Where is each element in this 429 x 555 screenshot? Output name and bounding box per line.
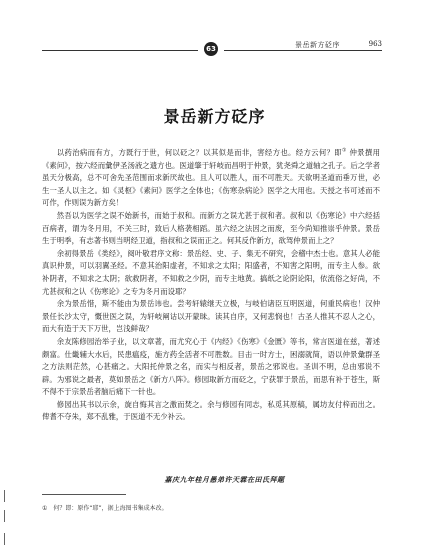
paragraph: 余初得景岳《类经》，阅叶敬君序文称：景岳经、史、子、集无不研究，会稽中杰士也。意…	[42, 248, 380, 298]
footnote-text: 何？即：原作“耶”，据上海图书集成本改。	[53, 505, 167, 512]
signature: 嘉庆九年桂月愚弟许天霖在田氏拜题	[0, 475, 429, 485]
running-title: 景岳新方砭序	[295, 40, 340, 50]
footnote-divider	[42, 494, 126, 495]
paragraph-text: 以药治病而有方，方既行于世，何以砭之？以其似是而非，害经方也。经方云何？即	[57, 148, 342, 157]
body-text: 以药治病而有方，方既行于世，何以砭之？以其似是而非，害经方也。经方云何？即① 仲…	[42, 147, 380, 424]
page-number: 963	[369, 40, 382, 48]
paragraph: 以药治病而有方，方既行于世，何以砭之？以其似是而非，害经方也。经方云何？即① 仲…	[42, 147, 380, 210]
header-rule-right	[224, 50, 382, 51]
publisher-emblem-icon: 63	[204, 42, 218, 56]
paragraph: 余为景岳惜，斯不能由为景岳讳也。尝考轩辕继天立极，与岐伯诸臣互明医道，何重民病也…	[42, 298, 380, 336]
paragraph: 修园出其书以示余，旋自悔其言之激而焚之。余与修园有同志，私觅其原稿，属坊友付梓而…	[42, 399, 380, 424]
running-header: 63 景岳新方砭序 963	[42, 42, 382, 56]
footnote-marker: ①	[42, 505, 47, 512]
scan-edge-mark	[4, 533, 5, 545]
page-title: 景岳新方砭序	[0, 104, 429, 127]
header-rule-left	[42, 50, 198, 51]
footnote: ①何？即：原作“耶”，据上海图书集成本改。	[42, 503, 168, 512]
paragraph: 余友陈修园治举子业，以文章著，而尤究心于《内经》《伤寒》《金匮》等书，常言医道在…	[42, 336, 380, 399]
scan-edge-mark	[4, 510, 5, 522]
scan-edge-mark	[4, 490, 5, 502]
paragraph: 然吾以为医学之误不始新书，而始于叔和。而新方之误尤甚于叔和者。叔和以《伤寒论》中…	[42, 210, 380, 248]
